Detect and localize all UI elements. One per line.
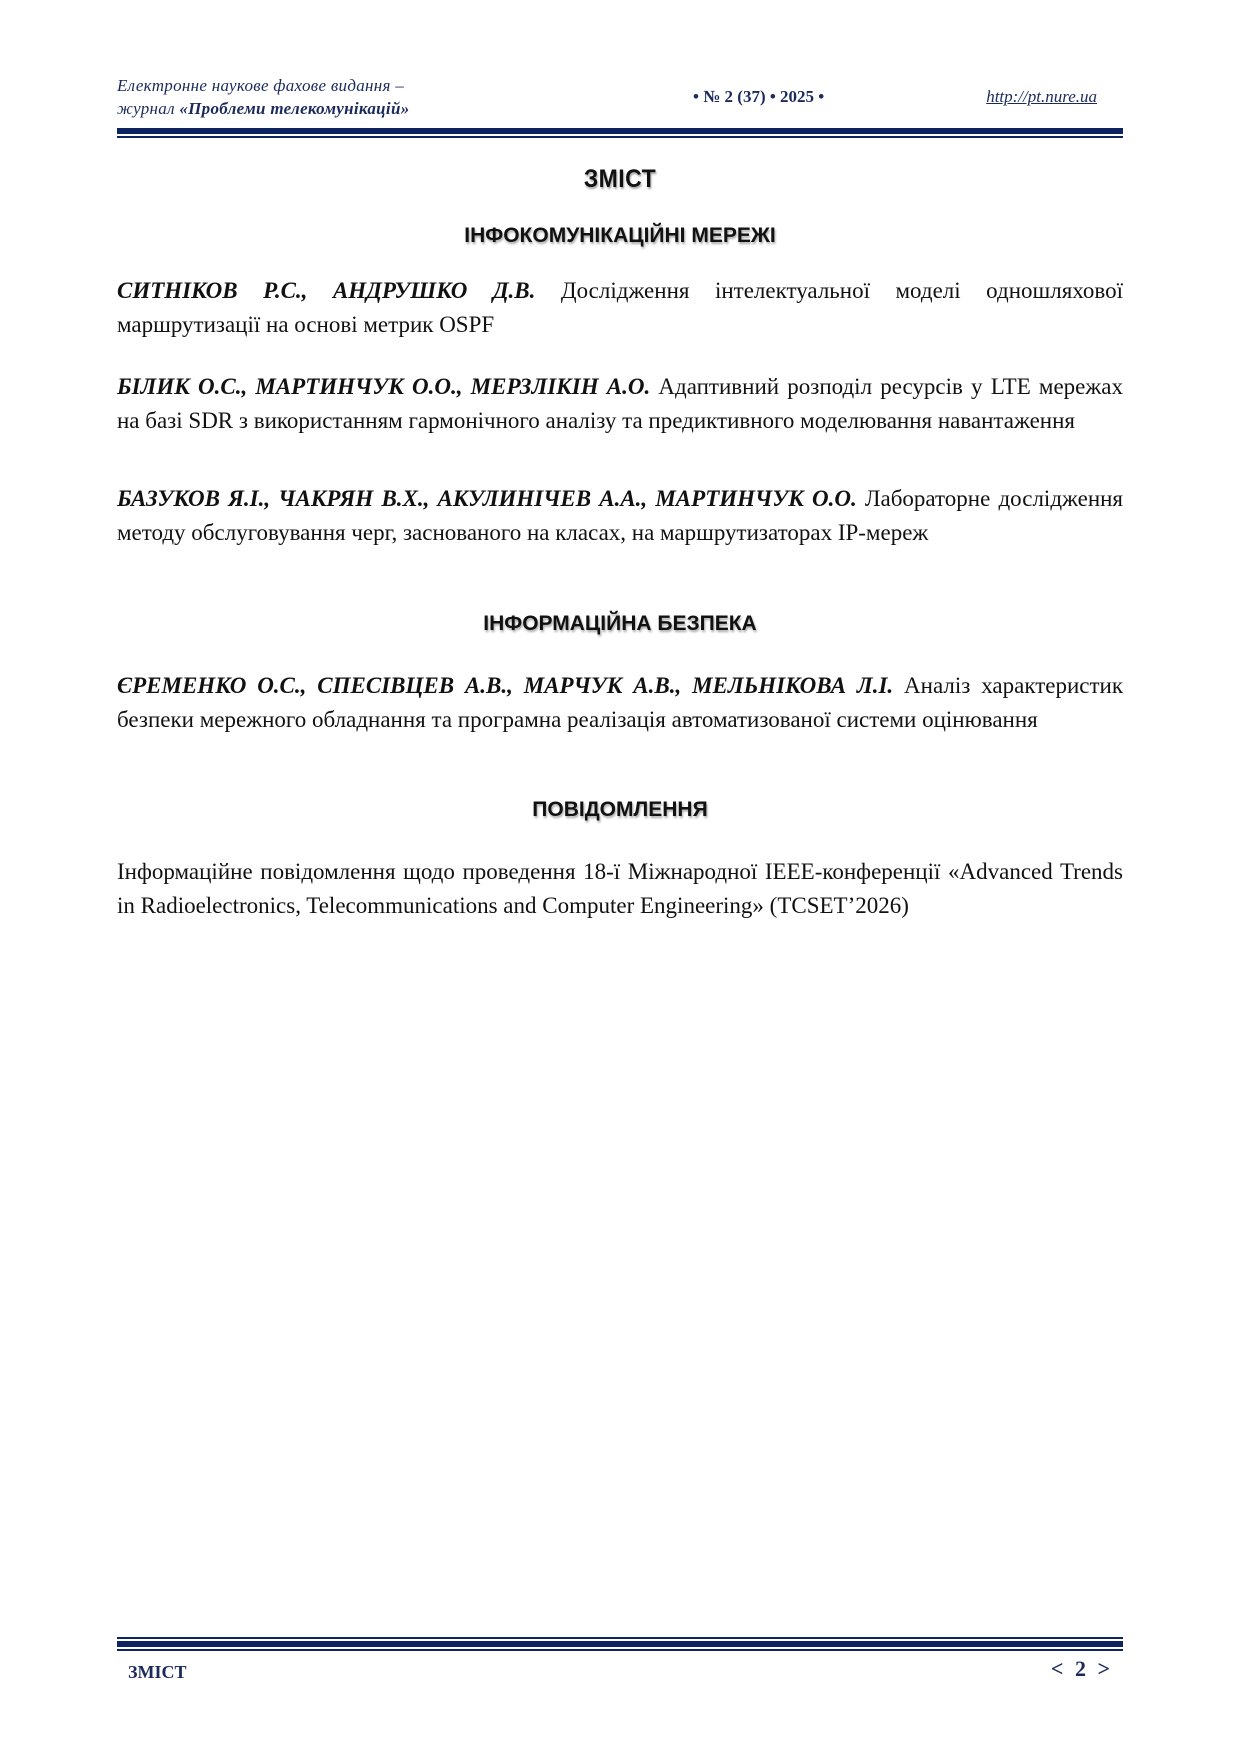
entry-authors: БІЛИК О.С., МАРТИНЧУК О.О., МЕРЗЛІКІН А.… [117, 374, 650, 399]
footer-section-label: ЗМІСТ [128, 1662, 187, 1683]
section-heading-information-security: ІНФОРМАЦІЙНА БЕЗПЕКА [117, 612, 1123, 636]
entry-title: Інформаційне повідомлення щодо проведенн… [117, 859, 1123, 918]
section-heading-announcements: ПОВІДОМЛЕННЯ [117, 798, 1123, 822]
toc-entry[interactable]: Інформаційне повідомлення щодо проведенн… [117, 855, 1123, 923]
journal-description: Електронне наукове фахове видання – журн… [117, 74, 410, 120]
toc-entry[interactable]: СИТНІКОВ Р.С., АНДРУШКО Д.В. Дослідження… [117, 274, 1123, 342]
footer-divider [117, 1637, 1123, 1651]
toc-entry[interactable]: БІЛИК О.С., МАРТИНЧУК О.О., МЕРЗЛІКІН А.… [117, 370, 1123, 438]
page-title: ЗМІСТ [157, 165, 1083, 194]
journal-prefix: журнал [117, 99, 179, 118]
journal-name: «Проблеми телекомунікацій» [179, 99, 409, 118]
entry-authors: СИТНІКОВ Р.С., АНДРУШКО Д.В. [117, 278, 535, 303]
journal-line-1: Електронне наукове фахове видання – [117, 74, 410, 97]
header-divider [117, 128, 1123, 138]
entry-authors: ЄРЕМЕНКО О.С., СПЕСІВЦЕВ А.В., МАРЧУК А.… [117, 673, 893, 698]
journal-url-link[interactable]: http://pt.nure.ua [986, 87, 1097, 107]
issue-number: • № 2 (37) • 2025 • [693, 87, 824, 107]
toc-entry[interactable]: ЄРЕМЕНКО О.С., СПЕСІВЦЕВ А.В., МАРЧУК А.… [117, 669, 1123, 737]
page-number: < 2 > [1051, 1656, 1113, 1682]
journal-line-2: журнал «Проблеми телекомунікацій» [117, 97, 410, 120]
document-page: Електронне наукове фахове видання – журн… [117, 0, 1123, 1754]
section-heading-infocommunication-networks: ІНФОКОМУНІКАЦІЙНІ МЕРЕЖІ [117, 224, 1123, 248]
page-header: Електронне наукове фахове видання – журн… [117, 70, 1123, 132]
toc-entry[interactable]: БАЗУКОВ Я.І., ЧАКРЯН В.Х., АКУЛИНІЧЕВ А.… [117, 482, 1123, 550]
entry-authors: БАЗУКОВ Я.І., ЧАКРЯН В.Х., АКУЛИНІЧЕВ А.… [117, 486, 857, 511]
